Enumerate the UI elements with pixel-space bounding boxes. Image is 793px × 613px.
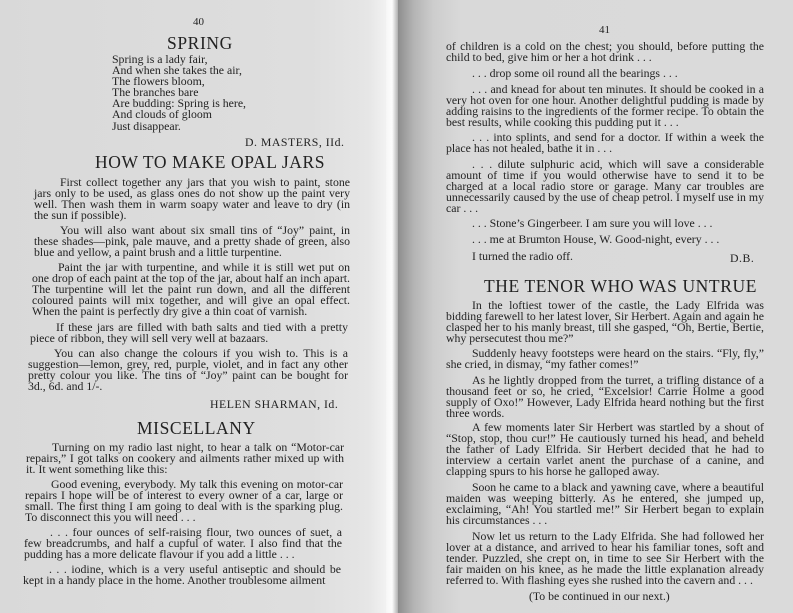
paragraph: As he lightly dropped from the turret, a… bbox=[446, 375, 764, 419]
paragraph: . . . and knead for about ten minutes. I… bbox=[446, 84, 764, 128]
poem-line: Just disappear. bbox=[112, 121, 246, 132]
paragraph: First collect together any jars that you… bbox=[34, 177, 350, 221]
paragraph: You can also change the colours if you w… bbox=[28, 348, 348, 392]
paragraph: . . . four ounces of self-raising flour,… bbox=[24, 527, 342, 560]
paragraph: Good evening, everybody. My talk this ev… bbox=[25, 479, 343, 523]
paragraph: . . . drop some oil round all the bearin… bbox=[446, 68, 764, 79]
paragraph: A few moments later Sir Herbert was star… bbox=[446, 422, 764, 477]
spring-title: SPRING bbox=[167, 33, 233, 54]
paragraph: Soon he came to a black and yawning cave… bbox=[446, 482, 764, 526]
paragraph: . . . me at Brumton House, W. Good-night… bbox=[446, 234, 764, 245]
page-number: 41 bbox=[599, 24, 610, 36]
right-page: 41 of children is a cold on the chest; y… bbox=[398, 0, 793, 613]
paragraph: . . . into splints, and send for a docto… bbox=[446, 132, 764, 154]
spring-poem: Spring is a lady fair, And when she take… bbox=[112, 54, 246, 132]
paragraph: Turning on my radio last night, to hear … bbox=[26, 442, 344, 475]
tenor-title: THE TENOR WHO WAS UNTRUE bbox=[484, 276, 757, 297]
paragraph: You will also want about six small tins … bbox=[34, 225, 350, 258]
miscellany-signature: D.B. bbox=[730, 251, 754, 266]
paragraph: Suddenly heavy footsteps were heard on t… bbox=[446, 348, 764, 370]
paragraph: I turned the radio off. bbox=[446, 251, 764, 262]
miscellany-title: MISCELLANY bbox=[137, 418, 256, 439]
paragraph: If these jars are filled with bath salts… bbox=[30, 322, 348, 344]
paragraph: In the loftiest tower of the castle, the… bbox=[446, 300, 764, 344]
paragraph: . . . Stone’s Gingerbeer. I am sure you … bbox=[446, 218, 764, 229]
opal-jars-title: HOW TO MAKE OPAL JARS bbox=[95, 152, 325, 173]
paragraph: of children is a cold on the chest; you … bbox=[446, 41, 764, 63]
spring-signature: D. MASTERS, IId. bbox=[245, 135, 344, 150]
left-page: 40 SPRING Spring is a lady fair, And whe… bbox=[0, 0, 388, 613]
opal-jars-signature: HELEN SHARMAN, Id. bbox=[210, 397, 338, 412]
book-gutter bbox=[386, 0, 398, 613]
page-number: 40 bbox=[193, 16, 204, 28]
paragraph: . . . iodine, which is a very useful ant… bbox=[23, 564, 341, 586]
paragraph: Paint the jar with turpentine, and while… bbox=[32, 262, 350, 317]
paragraph: . . . dilute sulphuric acid, which will … bbox=[446, 159, 764, 214]
paragraph: Now let us return to the Lady Elfrida. S… bbox=[446, 531, 764, 586]
to-be-continued: (To be continued in our next.) bbox=[529, 589, 670, 604]
